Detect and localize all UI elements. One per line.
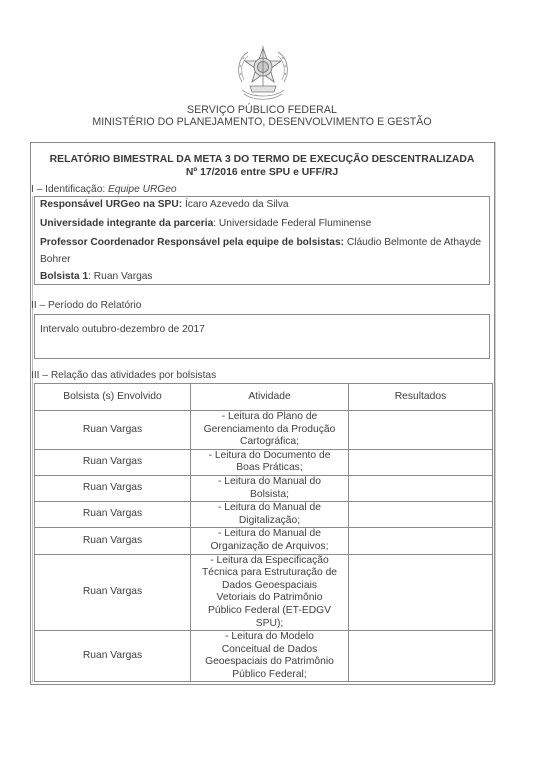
field-professor-label: Professor Coordenador Responsável pela e… (40, 237, 344, 248)
table-body: Ruan Vargas- Leitura do Plano deGerencia… (35, 411, 493, 682)
cell-bolsista: Ruan Vargas (35, 528, 191, 554)
cell-atividade: - Leitura do Manual doBolsista; (191, 475, 349, 501)
atividade-line: Conceitual de Dados (197, 644, 342, 657)
field-responsavel-value: Ícaro Azevedo da Silva (182, 199, 288, 210)
field-bolsista: Bolsista 1: Ruan Vargas (40, 271, 153, 282)
atividade-line: - Leitura da Especificação (197, 555, 342, 568)
cell-resultados (349, 554, 493, 631)
table-row: Ruan Vargas- Leitura da EspecificaçãoTéc… (35, 554, 493, 631)
cell-bolsista: Ruan Vargas (35, 554, 191, 631)
atividade-line: Organização de Arquivos; (197, 541, 342, 554)
cell-resultados (349, 411, 493, 450)
brazil-coat-of-arms-icon (232, 44, 294, 104)
atividade-line: Cartográfica; (197, 436, 342, 449)
cell-bolsista: Ruan Vargas (35, 502, 191, 528)
column-header-atividade: Atividade (191, 384, 349, 411)
cell-resultados (349, 502, 493, 528)
section-identification-text: I – Identificação: (31, 184, 108, 195)
atividade-line: Digitalização; (197, 515, 342, 528)
atividade-line: Vetoriais do Patrimônio (197, 592, 342, 605)
cell-bolsista: Ruan Vargas (35, 411, 191, 450)
atividade-line: Boas Práticas; (197, 462, 342, 475)
atividade-line: Público Federal; (197, 669, 342, 682)
table-row: Ruan Vargas- Leitura do Manual deOrganiz… (35, 528, 493, 554)
atividade-line: SPU); (197, 618, 342, 631)
period-box (34, 314, 490, 359)
cell-bolsista: Ruan Vargas (35, 449, 191, 475)
atividade-line: Dados Geoespaciais (197, 580, 342, 593)
cell-atividade: - Leitura do Documento deBoas Práticas; (191, 449, 349, 475)
cell-resultados (349, 528, 493, 554)
table-row: Ruan Vargas- Leitura do Manual deDigital… (35, 502, 493, 528)
section-activities-label: III – Relação das atividades por bolsist… (31, 370, 216, 381)
field-responsavel: Responsável URGeo na SPU: Ícaro Azevedo … (40, 199, 289, 210)
field-professor-cont: Bohrer (40, 254, 71, 265)
field-professor: Professor Coordenador Responsável pela e… (40, 237, 481, 248)
cell-resultados (349, 631, 493, 682)
section-period-label: II – Período do Relatório (31, 300, 141, 311)
header-service: SERVIÇO PÚBLICO FEDERAL (0, 104, 524, 116)
activities-table: Bolsista (s) Envolvido Atividade Resulta… (34, 383, 493, 682)
atividade-line: - Leitura do Modelo (197, 631, 342, 644)
report-title: RELATÓRIO BIMESTRAL DA META 3 DO TERMO D… (30, 153, 494, 179)
table-row: Ruan Vargas- Leitura do ModeloConceitual… (35, 631, 493, 682)
field-bolsista-value: : Ruan Vargas (88, 271, 152, 282)
field-universidade-label: Universidade integrante da parceria (40, 218, 213, 229)
atividade-line: Técnica para Estruturação de (197, 567, 342, 580)
header-ministry: MINISTÉRIO DO PLANEJAMENTO, DESENVOLVIME… (0, 116, 524, 128)
atividade-line: - Leitura do Documento de (197, 450, 342, 463)
frame-shadow (495, 142, 496, 684)
atividade-line: Público Federal (ET-EDGV (197, 605, 342, 618)
field-bolsista-label: Bolsista 1 (40, 271, 88, 282)
atividade-line: Bolsista; (197, 489, 342, 502)
column-header-bolsista: Bolsista (s) Envolvido (35, 384, 191, 411)
table-header-row: Bolsista (s) Envolvido Atividade Resulta… (35, 384, 493, 411)
field-professor-value: Cláudio Belmonte de Athayde (344, 237, 481, 248)
cell-atividade: - Leitura do Manual deOrganização de Arq… (191, 528, 349, 554)
cell-resultados (349, 449, 493, 475)
field-universidade: Universidade integrante da parceria: Uni… (40, 218, 371, 229)
atividade-line: - Leitura do Manual de (197, 528, 342, 541)
atividade-line: - Leitura do Manual do (197, 476, 342, 489)
cell-bolsista: Ruan Vargas (35, 475, 191, 501)
atividade-line: - Leitura do Plano de (197, 411, 342, 424)
document-page: SERVIÇO PÚBLICO FEDERAL MINISTÉRIO DO PL… (0, 0, 558, 762)
field-professor-value-cont: Bohrer (40, 254, 71, 265)
column-header-resultados: Resultados (349, 384, 493, 411)
report-title-line2: Nº 17/2016 entre SPU e UFF/RJ (30, 166, 494, 179)
cell-bolsista: Ruan Vargas (35, 631, 191, 682)
table-row: Ruan Vargas- Leitura do Manual doBolsist… (35, 475, 493, 501)
field-responsavel-label: Responsável URGeo na SPU: (40, 199, 182, 210)
atividade-line: - Leitura do Manual de (197, 502, 342, 515)
period-value: Intervalo outubro-dezembro de 2017 (40, 324, 205, 335)
cell-resultados (349, 475, 493, 501)
field-universidade-value: : Universidade Federal Fluminense (213, 218, 371, 229)
cell-atividade: - Leitura do ModeloConceitual de DadosGe… (191, 631, 349, 682)
report-title-line1: RELATÓRIO BIMESTRAL DA META 3 DO TERMO D… (30, 153, 494, 166)
atividade-line: Gerenciamento da Produção (197, 424, 342, 437)
section-identification-label: I – Identificação: Equipe URGeo (31, 184, 177, 195)
cell-atividade: - Leitura do Manual deDigitalização; (191, 502, 349, 528)
section-identification-team: Equipe URGeo (108, 184, 177, 195)
table-row: Ruan Vargas- Leitura do Plano deGerencia… (35, 411, 493, 450)
frame-inner-line (32, 196, 33, 682)
table-row: Ruan Vargas- Leitura do Documento deBoas… (35, 449, 493, 475)
cell-atividade: - Leitura do Plano deGerenciamento da Pr… (191, 411, 349, 450)
atividade-line: Geoespaciais do Patrimônio (197, 656, 342, 669)
cell-atividade: - Leitura da EspecificaçãoTécnica para E… (191, 554, 349, 631)
